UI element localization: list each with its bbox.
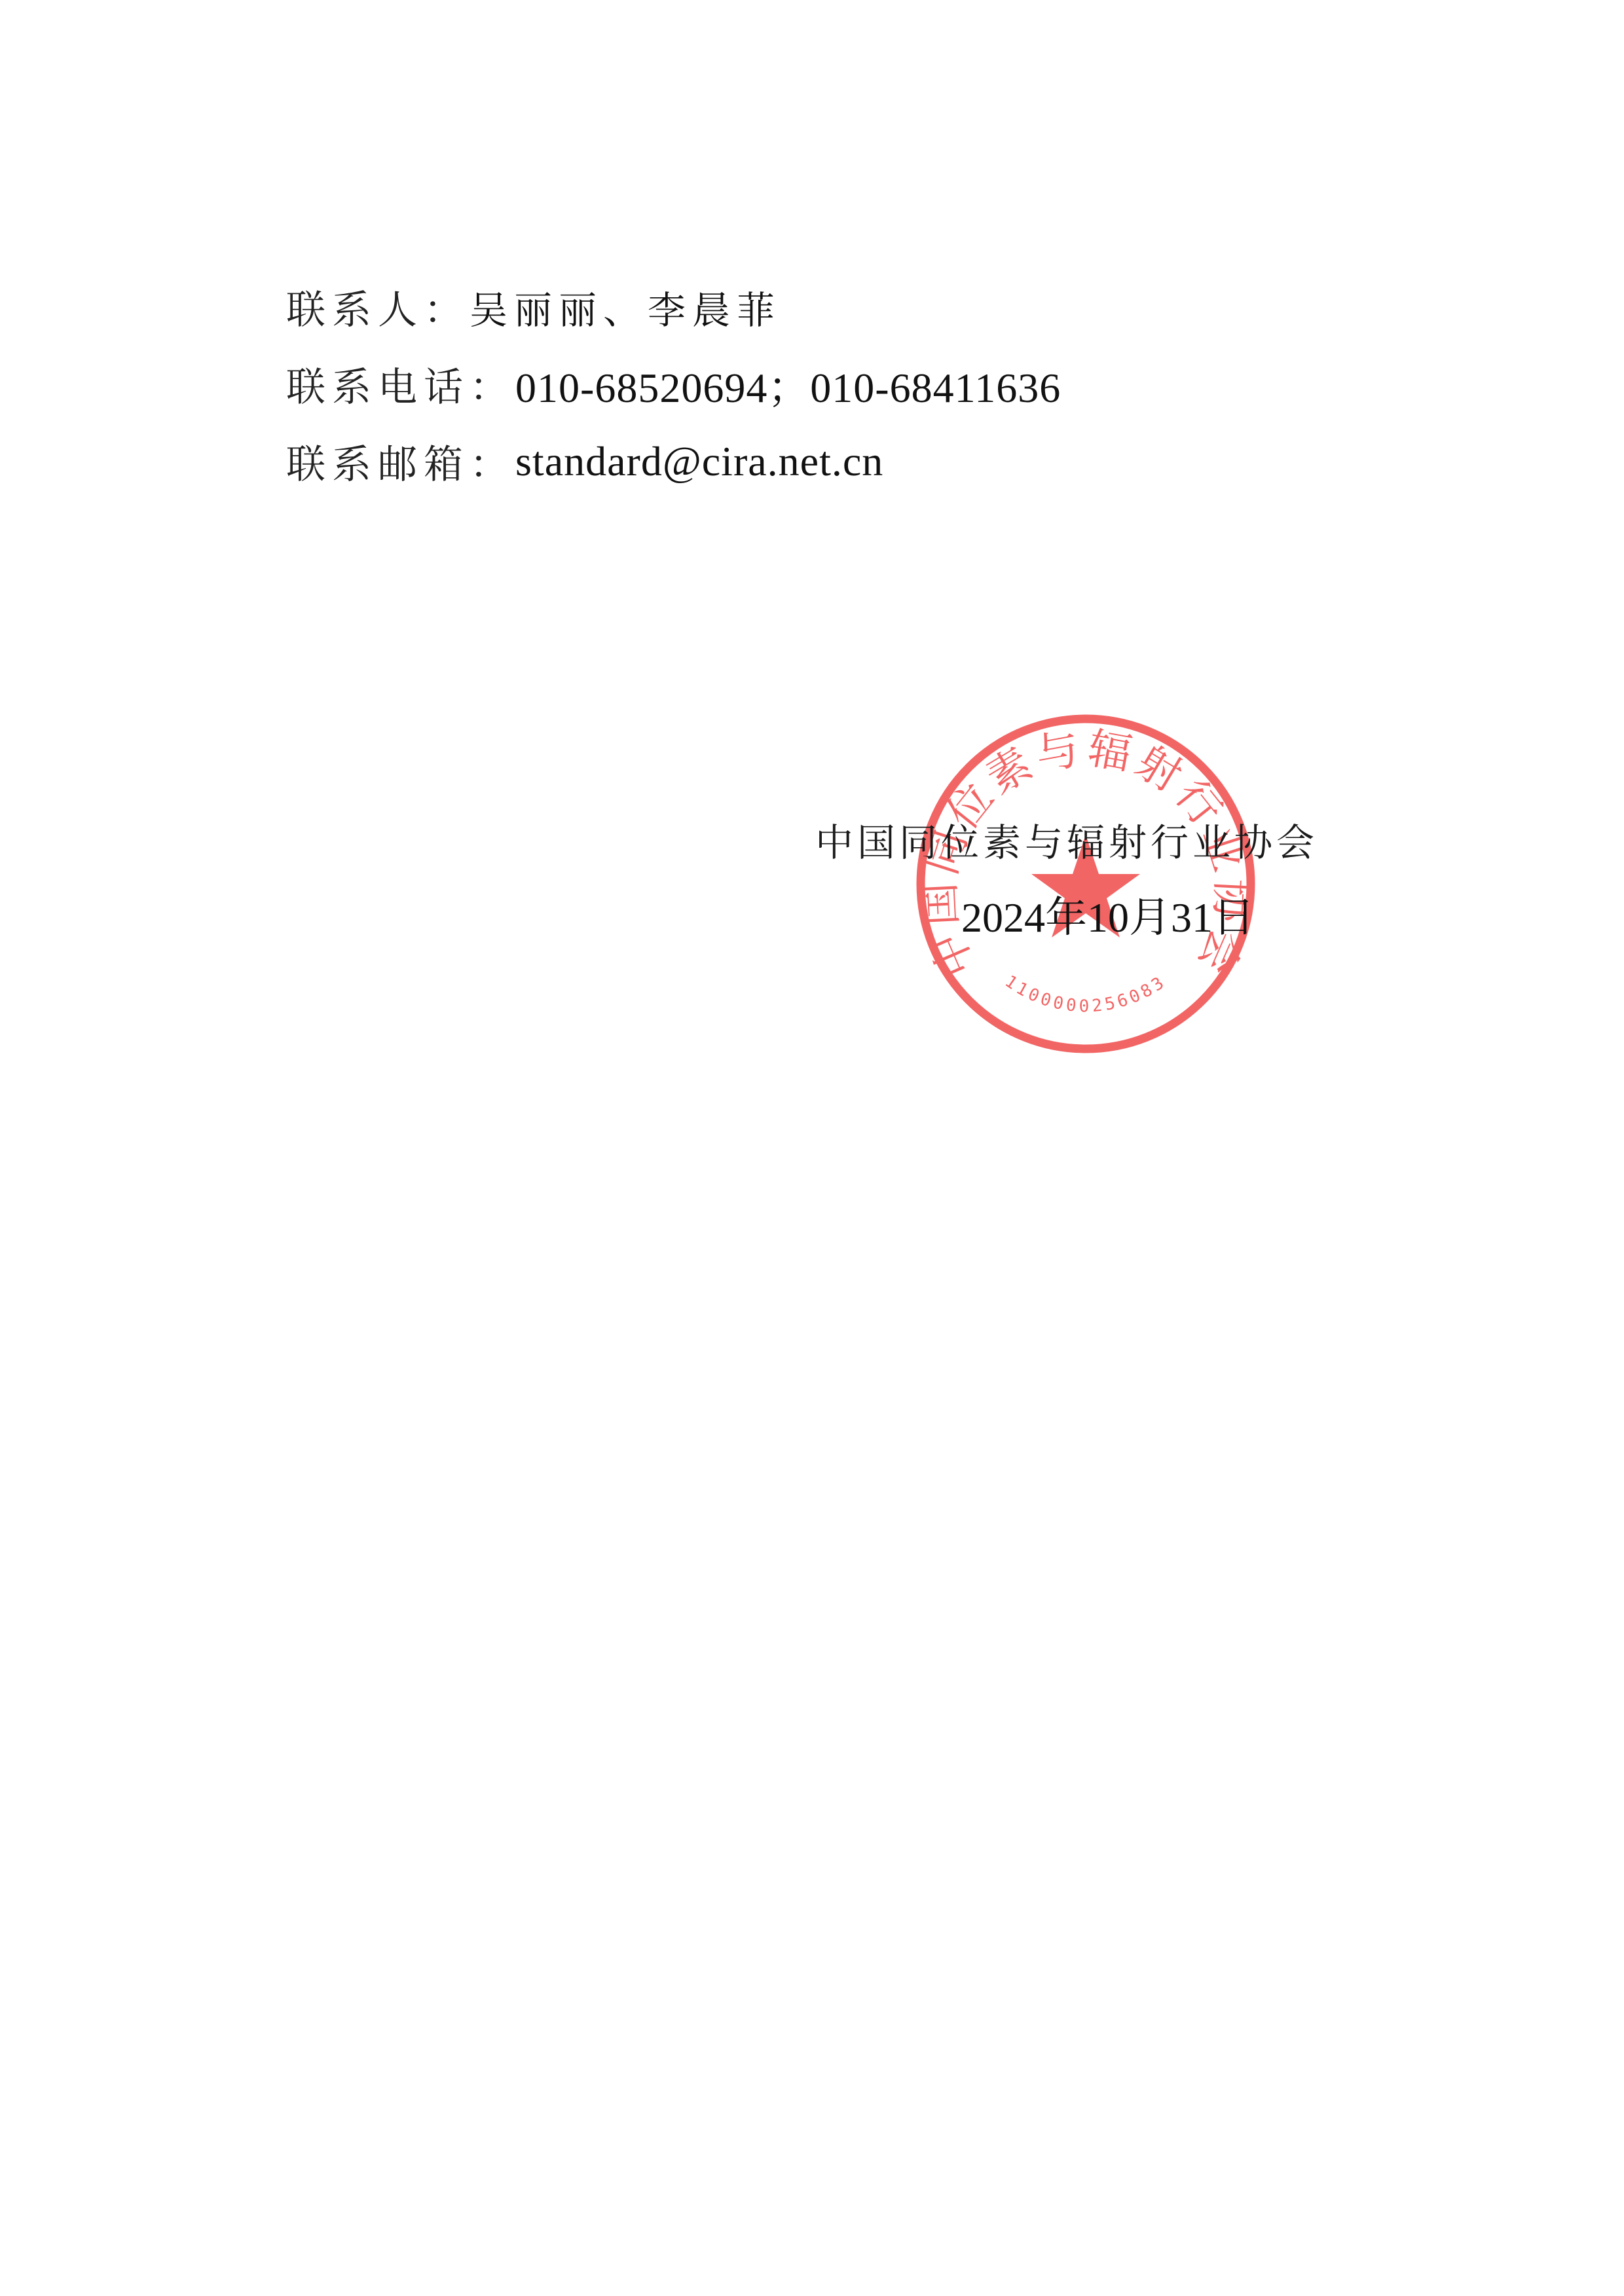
contact-info: 联系人： 吴丽丽、李晨菲 联系电话： 010-68520694；010-6841… bbox=[286, 268, 1061, 500]
contact-phone-label: 联系电话： bbox=[286, 356, 515, 412]
document-page: 联系人： 吴丽丽、李晨菲 联系电话： 010-68520694；010-6841… bbox=[0, 0, 1624, 2296]
contact-phone-value: 010-68520694；010-68411636 bbox=[515, 354, 1061, 414]
seal-code-text: 1100000256083 bbox=[1001, 972, 1170, 1016]
contact-phone-line: 联系电话： 010-68520694；010-68411636 bbox=[286, 346, 1061, 423]
issue-date: 2024年10月31日 bbox=[961, 884, 1255, 944]
issuing-organization: 中国同位素与辐射行业协会 bbox=[815, 812, 1318, 867]
contact-person-line: 联系人： 吴丽丽、李晨菲 bbox=[286, 268, 1061, 346]
contact-email-label: 联系邮箱： bbox=[286, 433, 515, 490]
contact-person-value: 吴丽丽、李晨菲 bbox=[470, 280, 781, 335]
contact-person-label: 联系人： bbox=[286, 279, 470, 335]
contact-email-value: standard@cira.net.cn bbox=[515, 437, 883, 486]
contact-email-line: 联系邮箱： standard@cira.net.cn bbox=[286, 423, 1061, 500]
